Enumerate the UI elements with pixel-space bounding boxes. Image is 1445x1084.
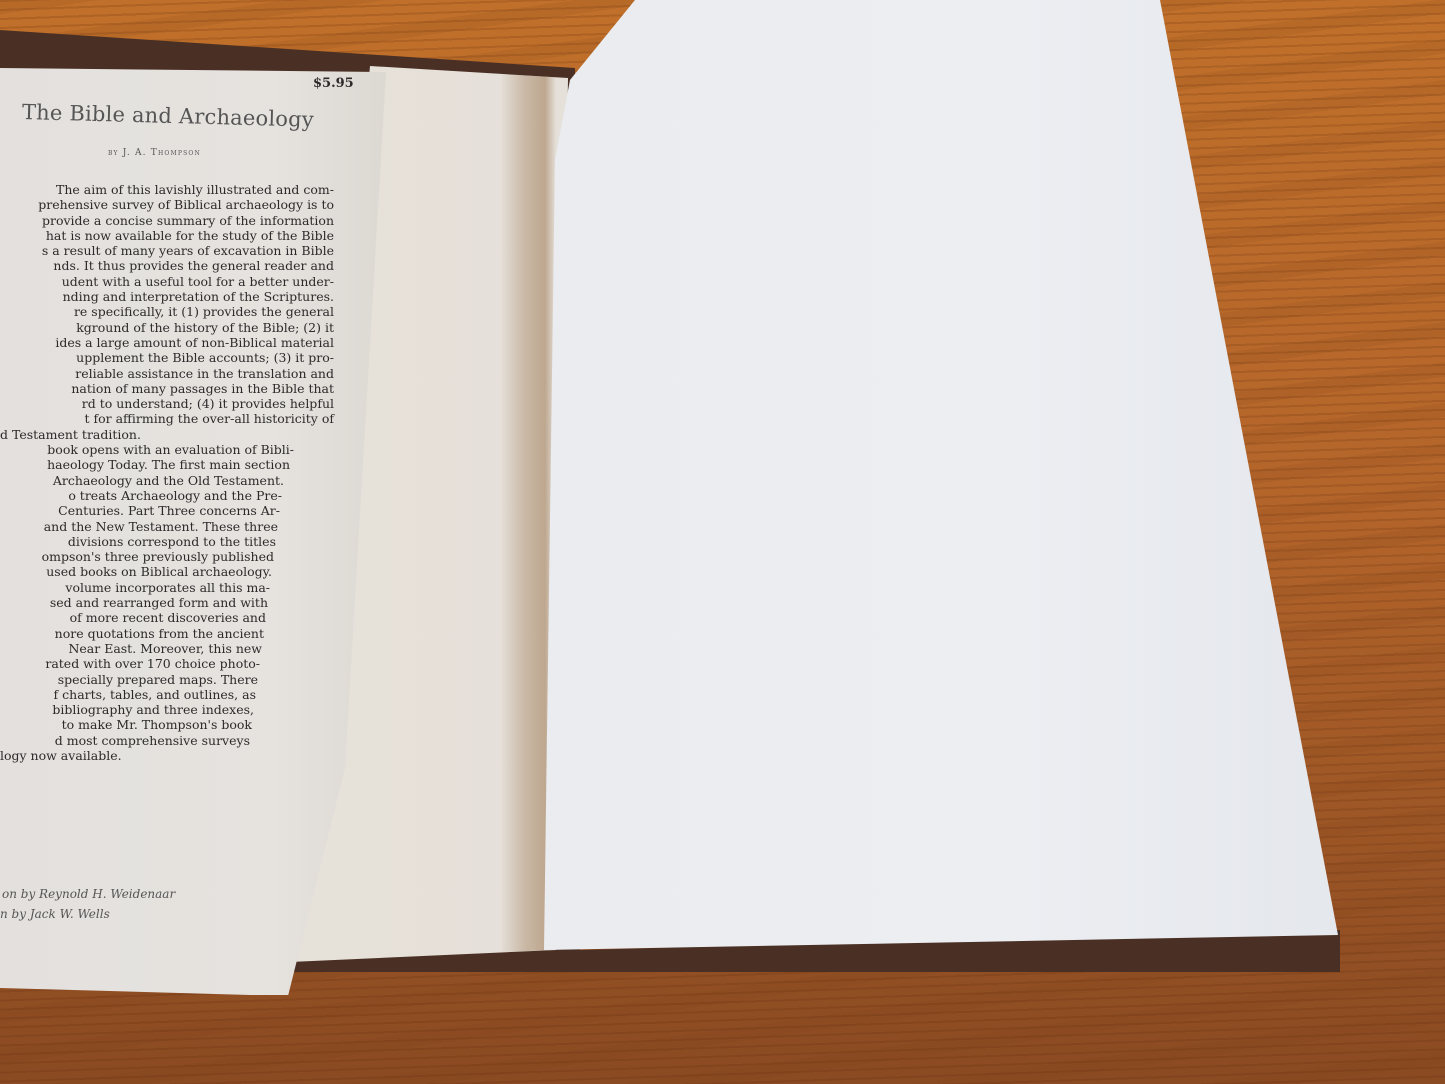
description-line: s a result of many years of excavation i… <box>0 243 334 258</box>
credit-line: on by Reynold H. Weidenaar <box>0 884 175 904</box>
description-line: prehensive survey of Biblical archaeolog… <box>0 197 334 212</box>
description-line: haeology Today. The first main section <box>0 457 334 472</box>
description-line: book opens with an evaluation of Bibli- <box>0 442 334 457</box>
description-line: d most comprehensive surveys <box>0 733 334 748</box>
description-line: sed and rearranged form and with <box>0 595 334 610</box>
description-line: reliable assistance in the translation a… <box>0 366 334 381</box>
book-title: The Bible and Archaeology <box>22 100 314 132</box>
flap-text-block: $5.95 The Bible and Archaeology by J. A.… <box>0 68 386 995</box>
description-line: used books on Biblical archaeology. <box>0 564 334 579</box>
description-line: d Testament tradition. <box>0 427 334 442</box>
description-line: upplement the Bible accounts; (3) it pro… <box>0 350 334 365</box>
description-line: ompson's three previously published <box>0 549 334 564</box>
description-line: kground of the history of the Bible; (2)… <box>0 320 334 335</box>
description-line: t for affirming the over-all historicity… <box>0 411 334 426</box>
price-label: $5.95 <box>313 76 354 91</box>
description-line: ides a large amount of non-Biblical mate… <box>0 335 334 350</box>
description-line: hat is now available for the study of th… <box>0 228 334 243</box>
description-line: bibliography and three indexes, <box>0 702 334 717</box>
description-line: provide a concise summary of the informa… <box>0 213 334 228</box>
description-line: volume incorporates all this ma- <box>0 580 334 595</box>
description-line: nding and interpretation of the Scriptur… <box>0 289 334 304</box>
description-line: rated with over 170 choice photo- <box>0 656 334 671</box>
description-line: to make Mr. Thompson's book <box>0 717 334 732</box>
design-credits: on by Reynold H. Weidenaar n by Jack W. … <box>0 884 175 924</box>
description-line: nore quotations from the ancient <box>0 626 334 641</box>
description-line: logy now available. <box>0 748 334 763</box>
description-line: specially prepared maps. There <box>0 672 334 687</box>
description-line: o treats Archaeology and the Pre- <box>0 488 334 503</box>
description-line: re specifically, it (1) provides the gen… <box>0 304 334 319</box>
description-line: Centuries. Part Three concerns Ar- <box>0 503 334 518</box>
credit-line: n by Jack W. Wells <box>0 904 175 924</box>
description-line: of more recent discoveries and <box>0 610 334 625</box>
book-author: by J. A. Thompson <box>108 148 201 158</box>
description-line: Near East. Moreover, this new <box>0 641 334 656</box>
description-line: nation of many passages in the Bible tha… <box>0 381 334 396</box>
description-line: f charts, tables, and outlines, as <box>0 687 334 702</box>
description-line: divisions correspond to the titles <box>0 534 334 549</box>
flap-description: The aim of this lavishly illustrated and… <box>0 182 334 763</box>
description-line: udent with a useful tool for a better un… <box>0 274 334 289</box>
description-line: rd to understand; (4) it provides helpfu… <box>0 396 334 411</box>
description-line: nds. It thus provides the general reader… <box>0 258 334 273</box>
description-line: and the New Testament. These three <box>0 519 334 534</box>
description-line: The aim of this lavishly illustrated and… <box>0 182 334 197</box>
description-line: Archaeology and the Old Testament. <box>0 473 334 488</box>
